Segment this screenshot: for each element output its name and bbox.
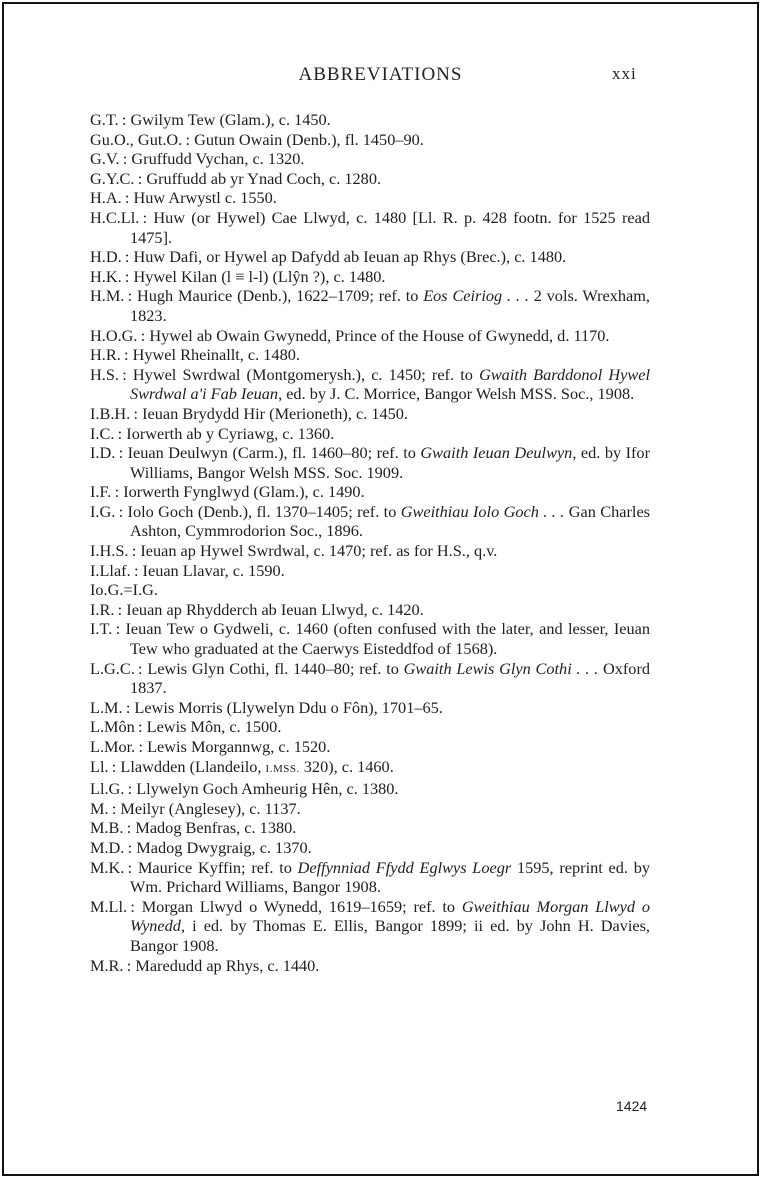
entry-text: Hugh Maurice (Denb.), 1622–1709; ref. to bbox=[137, 286, 423, 305]
abbreviation-entry: L.M. : Lewis Morris (Llywelyn Ddu o Fôn)… bbox=[90, 698, 650, 718]
abbreviation-key: I.C. bbox=[90, 424, 114, 443]
abbreviation-key: H.M. bbox=[90, 286, 124, 305]
entry-text: Madog Dwygraig, c. 1370. bbox=[136, 838, 311, 857]
abbreviation-key: H.O.G. bbox=[90, 326, 137, 345]
abbreviation-key: I.R. bbox=[90, 600, 114, 619]
entry-text: , ed. by J. C. Morrice, Bangor Welsh MSS… bbox=[278, 384, 634, 403]
entry-text: Ieuan Tew o Gydweli, c. 1460 (often conf… bbox=[125, 619, 650, 658]
abbreviation-entry: H.R. : Hywel Rheinallt, c. 1480. bbox=[90, 345, 650, 365]
entry-text: Llywelyn Goch Amheurig Hên, c. 1380. bbox=[136, 779, 398, 798]
abbreviation-key: H.R. bbox=[90, 345, 121, 364]
abbreviation-entry: H.S. : Hywel Swrdwal (Montgomerysh.), c.… bbox=[90, 365, 650, 404]
separator: : bbox=[124, 858, 138, 877]
abbreviation-key: I.Llaf. bbox=[90, 561, 131, 580]
abbreviation-entry: H.C.Ll. : Huw (or Hywel) Cae Llwyd, c. 1… bbox=[90, 208, 650, 247]
entry-text: Llawdden (Llandeilo, bbox=[120, 757, 265, 776]
abbreviation-entry: I.G. : Iolo Goch (Denb.), fl. 1370–1405;… bbox=[90, 502, 650, 541]
separator: : bbox=[135, 659, 148, 678]
work-title: Gwaith Ieuan Deulwyn bbox=[420, 443, 572, 462]
abbreviations-list: G.T. : Gwilym Tew (Glam.), c. 1450.Gu.O.… bbox=[90, 110, 650, 975]
abbreviation-key: G.V. bbox=[90, 149, 120, 168]
entry-text: Iorwerth ab y Cyriawg, c. 1360. bbox=[126, 424, 334, 443]
abbreviation-key: M.R. bbox=[90, 956, 123, 975]
entry-text: Iolo Goch (Denb.), fl. 1370–1405; ref. t… bbox=[128, 502, 401, 521]
entry-text: Meilyr (Anglesey), c. 1137. bbox=[120, 799, 300, 818]
abbreviation-entry: M.B. : Madog Benfras, c. 1380. bbox=[90, 818, 650, 838]
abbreviation-entry: H.A. : Huw Arwystl c. 1550. bbox=[90, 188, 650, 208]
entry-text: Gutun Owain (Denb.), fl. 1450–90. bbox=[194, 130, 424, 149]
abbreviation-entry: H.M. : Hugh Maurice (Denb.), 1622–1709; … bbox=[90, 286, 650, 325]
abbreviation-entry: L.Mor. : Lewis Morgannwg, c. 1520. bbox=[90, 737, 650, 757]
abbreviation-key: G.Y.C. bbox=[90, 169, 135, 188]
abbreviation-key: Ll.G. bbox=[90, 779, 124, 798]
abbreviation-key: Gu.O., Gut.O. bbox=[90, 130, 182, 149]
separator: : bbox=[122, 188, 134, 207]
abbreviation-entry: I.F. : Iorwerth Fynglwyd (Glam.), c. 149… bbox=[90, 482, 650, 502]
abbreviation-key: I.F. bbox=[90, 482, 111, 501]
entry-text: Hywel ab Owain Gwynedd, Prince of the Ho… bbox=[149, 326, 609, 345]
page-header: ABBREVIATIONS xxi bbox=[0, 64, 761, 90]
abbreviation-key: I.G. bbox=[90, 502, 115, 521]
separator: : bbox=[115, 443, 127, 462]
source-ref: I.MSS. bbox=[266, 763, 300, 775]
abbreviation-entry: Ll.G. : Llywelyn Goch Amheurig Hên, c. 1… bbox=[90, 779, 650, 799]
separator: : bbox=[124, 838, 136, 857]
abbreviation-key: M. bbox=[90, 799, 109, 818]
abbreviation-entry: G.Y.C. : Gruffudd ab yr Ynad Coch, c. 12… bbox=[90, 169, 650, 189]
abbreviation-entry: L.G.C. : Lewis Glyn Cothi, fl. 1440–80; … bbox=[90, 659, 650, 698]
separator: : bbox=[139, 208, 153, 227]
separator: : bbox=[120, 149, 132, 168]
abbreviation-entry: H.K. : Hywel Kilan (l ≡ l-l) (Llŷn ?), c… bbox=[90, 267, 650, 287]
abbreviation-entry: I.H.S. : Ieuan ap Hywel Swrdwal, c. 1470… bbox=[90, 541, 650, 561]
separator: : bbox=[182, 130, 194, 149]
abbreviation-entry: G.V. : Gruffudd Vychan, c. 1320. bbox=[90, 149, 650, 169]
abbreviation-key: Ll. bbox=[90, 757, 109, 776]
entry-text: Huw Arwystl c. 1550. bbox=[134, 188, 277, 207]
entry-text: =I.G. bbox=[123, 580, 158, 599]
separator: : bbox=[124, 286, 137, 305]
separator: : bbox=[135, 169, 147, 188]
abbreviation-entry: M.D. : Madog Dwygraig, c. 1370. bbox=[90, 838, 650, 858]
separator: : bbox=[112, 619, 125, 638]
abbreviation-entry: Ll. : Llawdden (Llandeilo, I.MSS. 320), … bbox=[90, 757, 650, 780]
work-title: Eos Ceiriog . . . bbox=[423, 286, 529, 305]
entry-text: Huw Dafi, or Hywel ap Dafydd ab Ieuan ap… bbox=[134, 247, 567, 266]
abbreviation-key: M.Ll. bbox=[90, 897, 127, 916]
entry-text: Ieuan Brydydd Hir (Merioneth), c. 1450. bbox=[142, 404, 408, 423]
entry-text: Madog Benfras, c. 1380. bbox=[135, 818, 296, 837]
separator: : bbox=[137, 326, 149, 345]
entry-text: 320), c. 1460. bbox=[300, 757, 394, 776]
entry-text: Maurice Kyffin; ref. to bbox=[138, 858, 298, 877]
abbreviation-entry: M.K. : Maurice Kyffin; ref. to Deffynnia… bbox=[90, 858, 650, 897]
separator: : bbox=[121, 345, 133, 364]
abbreviation-key: I.H.S. bbox=[90, 541, 128, 560]
separator: : bbox=[109, 799, 121, 818]
abbreviation-key: M.B. bbox=[90, 818, 123, 837]
entry-text: Lewis Glyn Cothi, fl. 1440–80; ref. to bbox=[147, 659, 403, 678]
abbreviation-entry: I.B.H. : Ieuan Brydydd Hir (Merioneth), … bbox=[90, 404, 650, 424]
abbreviation-entry: G.T. : Gwilym Tew (Glam.), c. 1450. bbox=[90, 110, 650, 130]
running-title: ABBREVIATIONS bbox=[0, 64, 761, 86]
separator: : bbox=[109, 757, 121, 776]
entry-text: Ieuan Deulwyn (Carm.), fl. 1460–80; ref.… bbox=[128, 443, 421, 462]
entry-text: Huw (or Hywel) Cae Llwyd, c. 1480 [Ll. R… bbox=[130, 208, 650, 247]
abbreviation-entry: H.O.G. : Hywel ab Owain Gwynedd, Prince … bbox=[90, 326, 650, 346]
separator: : bbox=[130, 404, 142, 423]
separator: : bbox=[114, 424, 126, 443]
abbreviation-entry: M.R. : Maredudd ap Rhys, c. 1440. bbox=[90, 956, 650, 976]
abbreviation-key: H.K. bbox=[90, 267, 122, 286]
entry-text: Lewis Môn, c. 1500. bbox=[147, 717, 282, 736]
abbreviation-key: G.T. bbox=[90, 110, 119, 129]
abbreviation-entry: Gu.O., Gut.O. : Gutun Owain (Denb.), fl.… bbox=[90, 130, 650, 150]
separator: : bbox=[119, 365, 133, 384]
separator: : bbox=[115, 502, 127, 521]
entry-text: Gruffudd Vychan, c. 1320. bbox=[131, 149, 304, 168]
abbreviation-key: M.D. bbox=[90, 838, 124, 857]
separator: : bbox=[114, 600, 126, 619]
roman-page-number: xxi bbox=[612, 64, 637, 84]
separator: : bbox=[119, 110, 131, 129]
separator: : bbox=[122, 267, 134, 286]
separator: : bbox=[123, 818, 135, 837]
abbreviation-key: L.Môn bbox=[90, 717, 135, 736]
abbreviation-entry: I.R. : Ieuan ap Rhydderch ab Ieuan Llwyd… bbox=[90, 600, 650, 620]
separator: : bbox=[135, 737, 147, 756]
entry-text: Hywel Rheinallt, c. 1480. bbox=[133, 345, 300, 364]
entry-text: Ieuan ap Hywel Swrdwal, c. 1470; ref. as… bbox=[140, 541, 497, 560]
abbreviation-key: Io.G. bbox=[90, 580, 123, 599]
separator: : bbox=[122, 247, 134, 266]
entry-text: Hywel Kilan (l ≡ l-l) (Llŷn ?), c. 1480. bbox=[134, 267, 386, 286]
work-title: Gwaith Lewis Glyn Cothi . . . bbox=[404, 659, 599, 678]
abbreviation-entry: H.D. : Huw Dafi, or Hywel ap Dafydd ab I… bbox=[90, 247, 650, 267]
abbreviation-entry: Io.G.=I.G. bbox=[90, 580, 650, 600]
abbreviation-entry: I.D. : Ieuan Deulwyn (Carm.), fl. 1460–8… bbox=[90, 443, 650, 482]
folio-number: 1424 bbox=[616, 1098, 647, 1114]
abbreviation-entry: I.Llaf. : Ieuan Llavar, c. 1590. bbox=[90, 561, 650, 581]
entry-text: Morgan Llwyd o Wynedd, 1619–1659; ref. t… bbox=[142, 897, 462, 916]
abbreviation-key: L.G.C. bbox=[90, 659, 135, 678]
separator: : bbox=[128, 541, 140, 560]
separator: : bbox=[131, 561, 143, 580]
abbreviation-key: I.D. bbox=[90, 443, 115, 462]
separator: : bbox=[127, 897, 142, 916]
entry-text: Iorwerth Fynglwyd (Glam.), c. 1490. bbox=[123, 482, 364, 501]
abbreviation-entry: L.Môn : Lewis Môn, c. 1500. bbox=[90, 717, 650, 737]
entry-text: Ieuan Llavar, c. 1590. bbox=[143, 561, 285, 580]
abbreviation-key: L.Mor. bbox=[90, 737, 135, 756]
abbreviation-key: H.C.Ll. bbox=[90, 208, 139, 227]
abbreviation-key: I.B.H. bbox=[90, 404, 130, 423]
work-title: Deffynniad Ffydd Eglwys Loegr bbox=[298, 858, 512, 877]
abbreviation-key: H.A. bbox=[90, 188, 122, 207]
abbreviation-key: M.K. bbox=[90, 858, 124, 877]
entry-text: Lewis Morris (Llywelyn Ddu o Fôn), 1701–… bbox=[134, 698, 442, 717]
abbreviation-key: H.D. bbox=[90, 247, 122, 266]
entry-text: , i ed. by Thomas E. Ellis, Bangor 1899;… bbox=[130, 916, 650, 955]
entry-text: Ieuan ap Rhydderch ab Ieuan Llwyd, c. 14… bbox=[126, 600, 423, 619]
entry-text: Lewis Morgannwg, c. 1520. bbox=[147, 737, 330, 756]
separator: : bbox=[135, 717, 147, 736]
abbreviation-entry: I.C. : Iorwerth ab y Cyriawg, c. 1360. bbox=[90, 424, 650, 444]
abbreviation-key: L.M. bbox=[90, 698, 123, 717]
abbreviation-entry: M. : Meilyr (Anglesey), c. 1137. bbox=[90, 799, 650, 819]
separator: : bbox=[123, 698, 135, 717]
entry-text: Hywel Swrdwal (Montgomerysh.), c. 1450; … bbox=[133, 365, 479, 384]
abbreviation-key: H.S. bbox=[90, 365, 119, 384]
abbreviation-entry: M.Ll. : Morgan Llwyd o Wynedd, 1619–1659… bbox=[90, 897, 650, 956]
abbreviation-entry: I.T. : Ieuan Tew o Gydweli, c. 1460 (oft… bbox=[90, 619, 650, 658]
separator: : bbox=[111, 482, 123, 501]
entry-text: Gruffudd ab yr Ynad Coch, c. 1280. bbox=[146, 169, 381, 188]
work-title: Gweithiau Iolo Goch . . . bbox=[401, 502, 565, 521]
separator: : bbox=[123, 956, 135, 975]
entry-text: Maredudd ap Rhys, c. 1440. bbox=[135, 956, 319, 975]
entry-text: Gwilym Tew (Glam.), c. 1450. bbox=[131, 110, 331, 129]
abbreviation-key: I.T. bbox=[90, 619, 112, 638]
separator: : bbox=[124, 779, 136, 798]
